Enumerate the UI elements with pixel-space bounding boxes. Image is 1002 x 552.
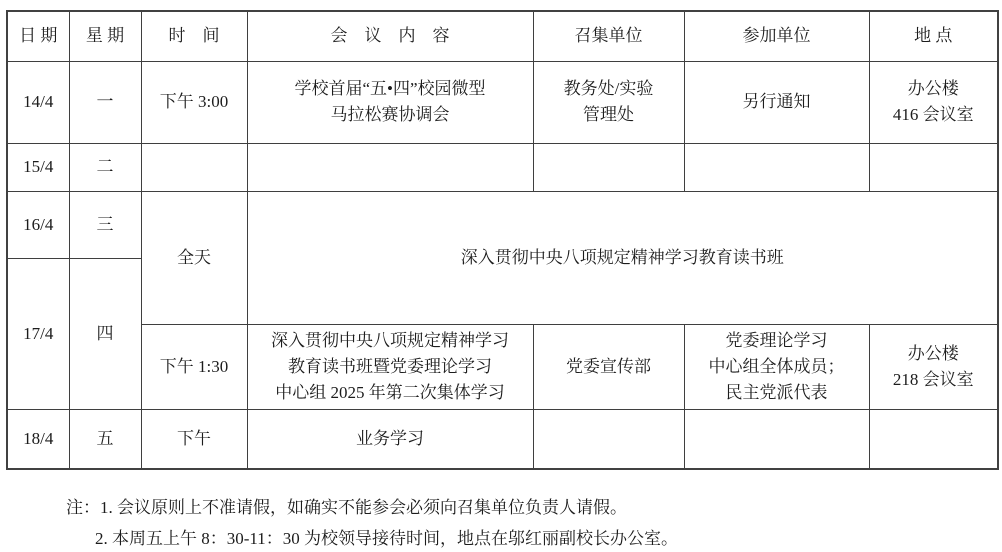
- cell-r2-date: 15/4: [7, 143, 69, 191]
- header-location: 地 点: [869, 11, 998, 61]
- cell-r5-participants: 党委理论学习 中心组全体成员； 民主党派代表: [684, 324, 869, 409]
- cell-r1-date: 14/4: [7, 61, 69, 143]
- cell-r1-content: 学校首届“五•四”校园微型 马拉松赛协调会: [247, 61, 533, 143]
- header-weekday: 星 期: [69, 11, 141, 61]
- header-time: 时 间: [141, 11, 247, 61]
- table-row-15-4: 15/4 二: [7, 143, 998, 191]
- header-content: 会 议 内 容: [247, 11, 533, 61]
- cell-r5-time: 下午 1:30: [141, 324, 247, 409]
- cell-r3-weekday: 三: [69, 191, 141, 258]
- meeting-schedule-table: 日 期 星 期 时 间 会 议 内 容 召集单位 参加单位 地 点 14/4 一…: [6, 10, 999, 470]
- header-row: 日 期 星 期 时 间 会 议 内 容 召集单位 参加单位 地 点: [7, 11, 998, 61]
- cell-r2-content: [247, 143, 533, 191]
- table-row-14-4: 14/4 一 下午 3:00 学校首届“五•四”校园微型 马拉松赛协调会 教务处…: [7, 61, 998, 143]
- cell-r2-time: [141, 143, 247, 191]
- footnote-2: 2. 本周五上午 8：30-11：30 为校领导接待时间，地点在邬红丽副校长办公…: [66, 523, 678, 552]
- footnotes: 注：1. 会议原则上不准请假，如确实不能参会必须向召集单位负责人请假。 2. 本…: [66, 492, 678, 552]
- table-row-17-4-lower: 下午 1:30 深入贯彻中央八项规定精神学习 教育读书班暨党委理论学习 中心组 …: [7, 324, 998, 409]
- table-row-18-4: 18/4 五 下午 业务学习: [7, 409, 998, 469]
- cell-r5-location: 办公楼 218 会议室: [869, 324, 998, 409]
- cell-r6-convener: [533, 409, 684, 469]
- cell-r6-date: 18/4: [7, 409, 69, 469]
- cell-r3-merged-content: 深入贯彻中央八项规定精神学习教育读书班: [247, 191, 998, 324]
- header-date: 日 期: [7, 11, 69, 61]
- cell-r1-time: 下午 3:00: [141, 61, 247, 143]
- cell-r4-weekday: 四: [69, 258, 141, 409]
- cell-r5-content: 深入贯彻中央八项规定精神学习 教育读书班暨党委理论学习 中心组 2025 年第二…: [247, 324, 533, 409]
- footnote-1: 注：1. 会议原则上不准请假，如确实不能参会必须向召集单位负责人请假。: [66, 492, 678, 523]
- cell-r6-time: 下午: [141, 409, 247, 469]
- cell-r1-convener: 教务处/实验 管理处: [533, 61, 684, 143]
- cell-r2-location: [869, 143, 998, 191]
- cell-r1-location: 办公楼 416 会议室: [869, 61, 998, 143]
- cell-r2-weekday: 二: [69, 143, 141, 191]
- cell-r1-participants: 另行通知: [684, 61, 869, 143]
- cell-r5-convener: 党委宣传部: [533, 324, 684, 409]
- cell-r6-content: 业务学习: [247, 409, 533, 469]
- cell-r6-location: [869, 409, 998, 469]
- header-participants: 参加单位: [684, 11, 869, 61]
- table-row-16-4: 16/4 三 全天 深入贯彻中央八项规定精神学习教育读书班: [7, 191, 998, 258]
- header-convener: 召集单位: [533, 11, 684, 61]
- cell-r3-date: 16/4: [7, 191, 69, 258]
- cell-r2-participants: [684, 143, 869, 191]
- cell-r6-participants: [684, 409, 869, 469]
- cell-r3-time-allday: 全天: [141, 191, 247, 324]
- cell-r6-weekday: 五: [69, 409, 141, 469]
- cell-r1-weekday: 一: [69, 61, 141, 143]
- cell-r4-date: 17/4: [7, 258, 69, 409]
- cell-r2-convener: [533, 143, 684, 191]
